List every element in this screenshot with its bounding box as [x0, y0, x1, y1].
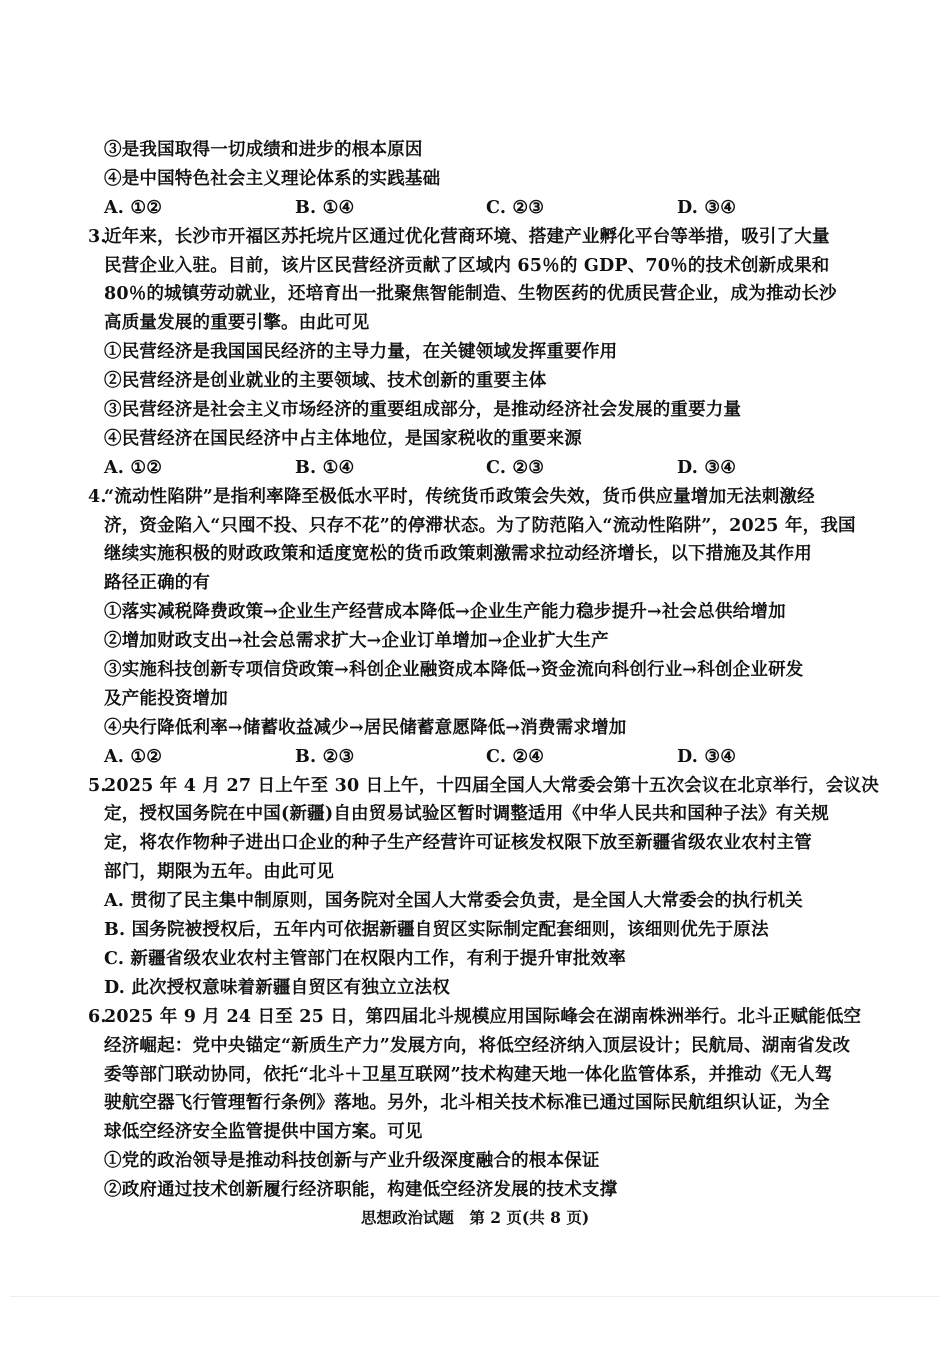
q5-option-d: D. 此次授权意味着新疆自贸区有独立立法权: [104, 974, 874, 1003]
q4-option-d: D. ③④: [677, 743, 868, 772]
q5-option-a: A. 贯彻了民主集中制原则，国务院对全国人大常委会负责，是全国人大常委会的执行机…: [104, 887, 874, 916]
q6-item-2: ②政府通过技术创新履行经济职能，构建低空经济发展的技术支撑: [104, 1176, 874, 1205]
q2-option-a: A. ①②: [104, 194, 295, 223]
q4-stem-line-1: 4. “流动性陷阱”是指利率降至极低水平时，传统货币政策会失效，货币供应量增加无…: [104, 483, 874, 512]
q5-number: 5.: [88, 772, 107, 801]
q3-stem-line-3: 80％的城镇劳动就业，还培育出一批聚焦智能制造、生物医药的优质民营企业，成为推动…: [104, 280, 874, 309]
q2-item-3: ③是我国取得一切成绩和进步的根本原因: [104, 136, 874, 165]
q3-options: A. ①② B. ①④ C. ②③ D. ③④: [104, 454, 874, 483]
q2-option-d: D. ③④: [677, 194, 868, 223]
page-divider: [10, 1296, 940, 1297]
q3-stem-line-1: 3. 近年来，长沙市开福区苏托垸片区通过优化营商环境、搭建产业孵化平台等举措，吸…: [104, 223, 874, 252]
q4-options: A. ①② B. ②③ C. ②④ D. ③④: [104, 743, 874, 772]
q4-item-2: ②增加财政支出→社会总需求扩大→企业订单增加→企业扩大生产: [104, 627, 874, 656]
q3-option-a: A. ①②: [104, 454, 295, 483]
q6-stem-line-3: 委等部门联动协同，依托“北斗＋卫星互联网”技术构建天地一体化监管体系，并推动《无…: [104, 1061, 874, 1090]
q3-stem-line-4: 高质量发展的重要引擎。由此可见: [104, 309, 874, 338]
q4-stem-line-4: 路径正确的有: [104, 569, 874, 598]
q4-item-4: ④央行降低利率→储蓄收益减少→居民储蓄意愿降低→消费需求增加: [104, 714, 874, 743]
q2-option-c: C. ②③: [486, 194, 677, 223]
q4-item-3-cont: 及产能投资增加: [104, 685, 874, 714]
q4-item-1: ①落实减税降费政策→企业生产经营成本降低→企业生产能力稳步提升→社会总供给增加: [104, 598, 874, 627]
q5-option-b: B. 国务院被授权后，五年内可依据新疆自贸区实际制定配套细则，该细则优先于原法: [104, 916, 874, 945]
exam-page: ③是我国取得一切成绩和进步的根本原因 ④是中国特色社会主义理论体系的实践基础 A…: [0, 0, 950, 1345]
q3-item-3: ③民营经济是社会主义市场经济的重要组成部分，是推动经济社会发展的重要力量: [104, 396, 874, 425]
q5-stem-line-3: 定，将农作物种子进出口企业的种子生产经营许可证核发权限下放至新疆省级农业农村主管: [104, 829, 874, 858]
q2-item-4: ④是中国特色社会主义理论体系的实践基础: [104, 165, 874, 194]
q5-stem-line-1: 5. 2025 年 4 月 27 日上午至 30 日上午，十四届全国人大常委会第…: [104, 772, 874, 801]
q2-option-b: B. ①④: [295, 194, 486, 223]
q5-stem-line-4: 部门，期限为五年。由此可见: [104, 858, 874, 887]
q6-number: 6.: [88, 1003, 107, 1032]
q4-option-b: B. ②③: [295, 743, 486, 772]
q4-stem-line-2: 济，资金陷入“只囤不投、只存不花”的停滞状态。为了防范陷入“流动性陷阱”，202…: [104, 512, 874, 541]
q4-item-3: ③实施科技创新专项信贷政策→科创企业融资成本降低→资金流向科创行业→科创企业研发: [104, 656, 874, 685]
q4-option-c: C. ②④: [486, 743, 677, 772]
q5-stem-line-2: 定，授权国务院在中国(新疆)自由贸易试验区暂时调整适用《中华人民共和国种子法》有…: [104, 800, 874, 829]
q3-item-4: ④民营经济在国民经济中占主体地位，是国家税收的重要来源: [104, 425, 874, 454]
q5-option-c: C. 新疆省级农业农村主管部门在权限内工作，有利于提升审批效率: [104, 945, 874, 974]
q3-stem-line-2: 民营企业入驻。目前，该片区民营经济贡献了区域内 65％的 GDP、70％的技术创…: [104, 252, 874, 281]
q6-stem-line-2: 经济崛起：党中央锚定“新质生产力”发展方向，将低空经济纳入顶层设计；民航局、湖南…: [104, 1032, 874, 1061]
q4-stem-line-3: 继续实施积极的财政政策和适度宽松的货币政策刺激需求拉动经济增长，以下措施及其作用: [104, 540, 874, 569]
q4-option-a: A. ①②: [104, 743, 295, 772]
page-footer: 思想政治试题 第 2 页(共 8 页): [0, 1206, 950, 1228]
q3-option-c: C. ②③: [486, 454, 677, 483]
q2-options: A. ①② B. ①④ C. ②③ D. ③④: [104, 194, 874, 223]
q6-stem-line-5: 球低空经济安全监管提供中国方案。可见: [104, 1118, 874, 1147]
q6-stem-line-1: 6. 2025 年 9 月 24 日至 25 日，第四届北斗规模应用国际峰会在湖…: [104, 1003, 874, 1032]
q3-item-1: ①民营经济是我国国民经济的主导力量，在关键领域发挥重要作用: [104, 338, 874, 367]
q3-option-b: B. ①④: [295, 454, 486, 483]
q3-item-2: ②民营经济是创业就业的主要领域、技术创新的重要主体: [104, 367, 874, 396]
q4-number: 4.: [88, 483, 107, 512]
q3-option-d: D. ③④: [677, 454, 868, 483]
q6-stem-line-4: 驶航空器飞行管理暂行条例》落地。另外，北斗相关技术标准已通过国际民航组织认证，为…: [104, 1089, 874, 1118]
q6-item-1: ①党的政治领导是推动科技创新与产业升级深度融合的根本保证: [104, 1147, 874, 1176]
q3-number: 3.: [88, 223, 107, 252]
page-content: ③是我国取得一切成绩和进步的根本原因 ④是中国特色社会主义理论体系的实践基础 A…: [104, 136, 874, 1205]
